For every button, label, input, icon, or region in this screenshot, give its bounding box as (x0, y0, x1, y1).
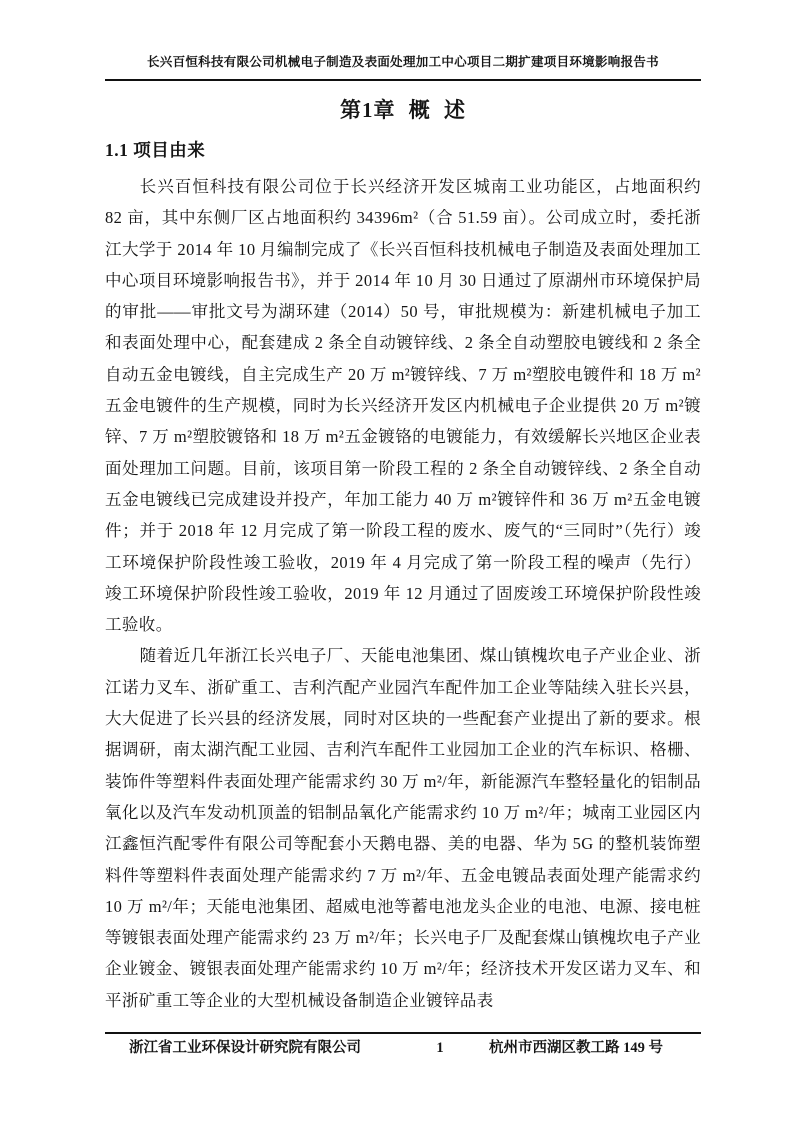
page-header: 长兴百恒科技有限公司机械电子制造及表面处理加工中心项目二期扩建项目环境影响报告书 (105, 0, 701, 81)
body-text: 长兴百恒科技有限公司位于长兴经济开发区城南工业功能区，占地面积约 82 亩，其中… (105, 171, 701, 1016)
footer-company: 浙江省工业环保设计研究院有限公司 (129, 1039, 361, 1058)
footer-address: 杭州市西湖区教工路 149 号 (489, 1039, 663, 1058)
section-heading: 1.1 项目由来 (105, 137, 701, 163)
page-number: 1 (436, 1039, 443, 1058)
page-content: 第1章 概 述 1.1 项目由来 长兴百恒科技有限公司位于长兴经济开发区城南工业… (105, 94, 701, 1024)
page-footer: 浙江省工业环保设计研究院有限公司 1 杭州市西湖区教工路 149 号 (105, 1032, 701, 1058)
header-title: 长兴百恒科技有限公司机械电子制造及表面处理加工中心项目二期扩建项目环境影响报告书 (105, 54, 701, 70)
paragraph: 长兴百恒科技有限公司位于长兴经济开发区城南工业功能区，占地面积约 82 亩，其中… (105, 171, 701, 640)
header-rule (105, 79, 701, 81)
paragraph: 随着近几年浙江长兴电子厂、天能电池集团、煤山镇槐坎电子产业企业、浙江诺力叉车、浙… (105, 640, 701, 1016)
chapter-title: 第1章 概 述 (105, 94, 701, 126)
document-page: 长兴百恒科技有限公司机械电子制造及表面处理加工中心项目二期扩建项目环境影响报告书… (0, 0, 800, 1132)
